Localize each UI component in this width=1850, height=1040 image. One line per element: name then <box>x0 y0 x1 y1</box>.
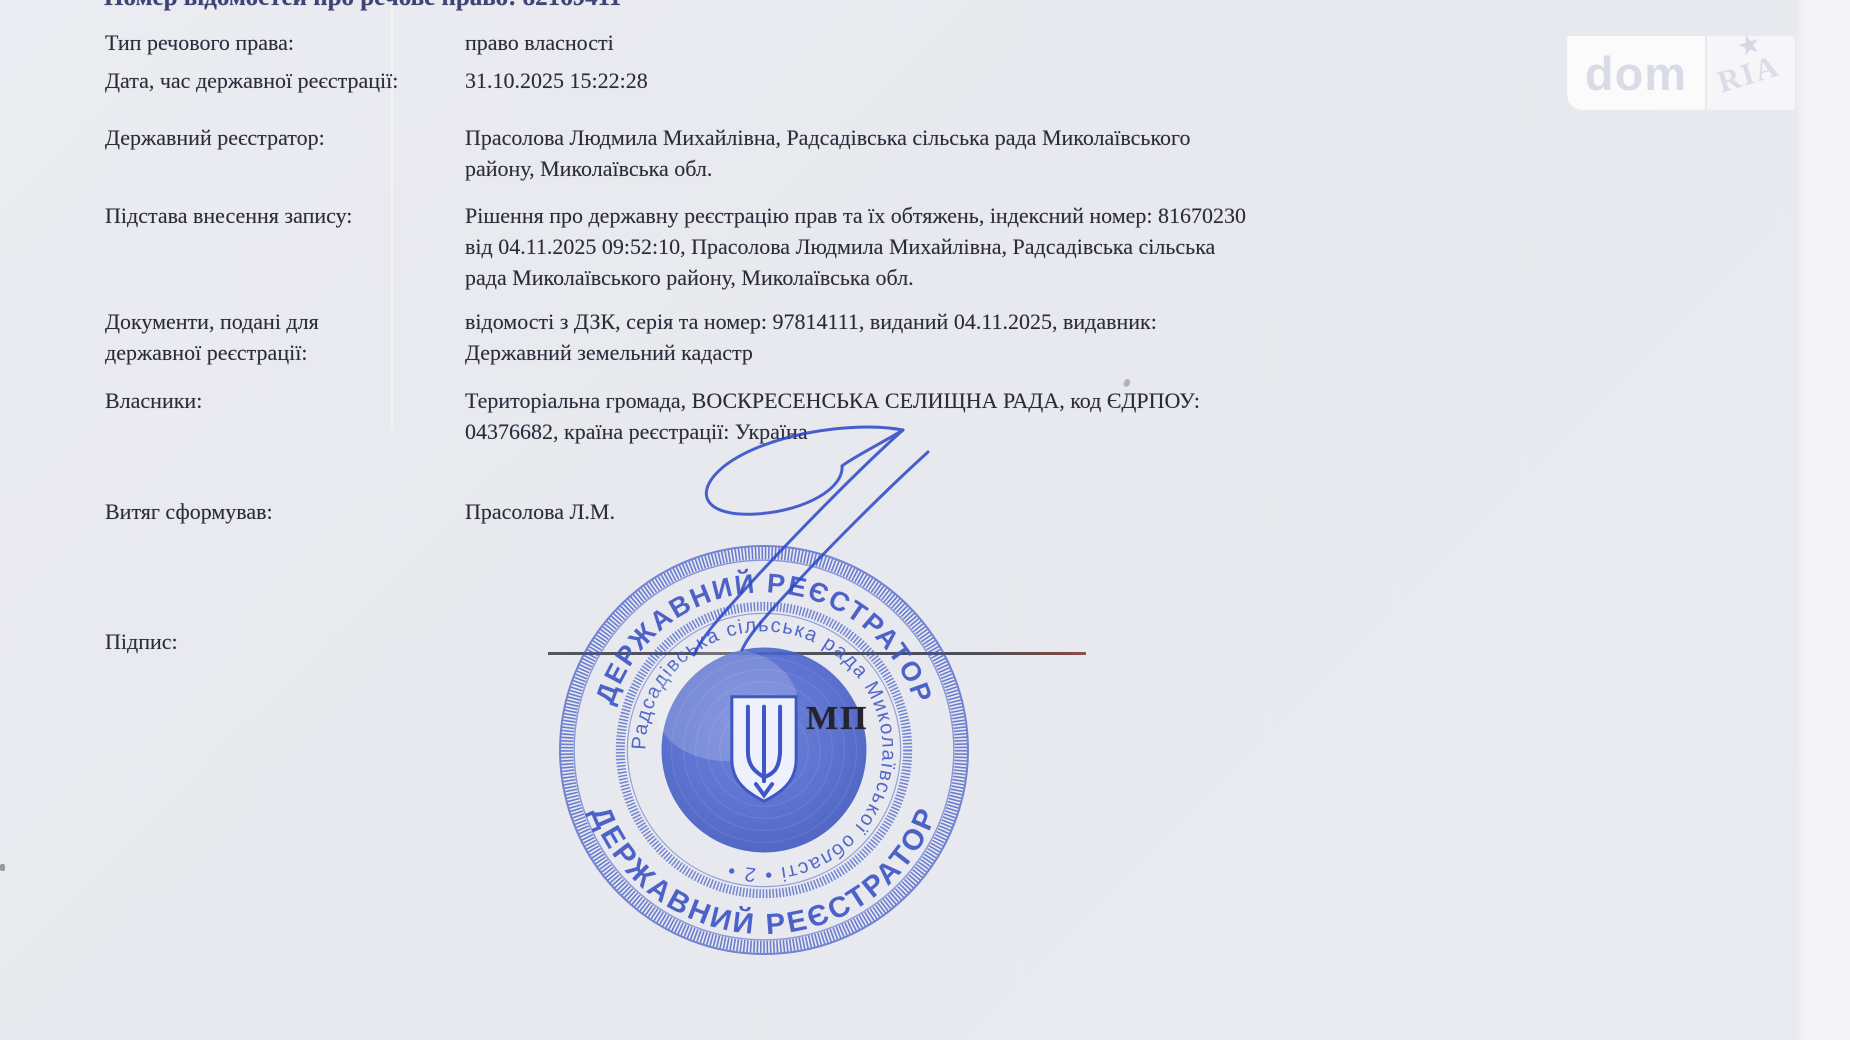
stamp-place-note: МП <box>806 700 869 738</box>
field-value: Рішення про державну реєстрацію прав та … <box>465 200 1246 293</box>
field-value: 31.10.2025 15:22:28 <box>465 65 648 96</box>
field-value: право власності <box>465 27 614 58</box>
watermark-ria-box: ★ RIA <box>1707 36 1795 110</box>
scanned-document-page: Номер відомостей про речове право: 82169… <box>0 0 1850 1040</box>
field-label: Власники: <box>105 385 202 416</box>
field-label: Державний реєстратор: <box>105 122 325 153</box>
scan-speck <box>0 864 5 871</box>
page-edge-strip <box>1795 0 1850 1040</box>
field-label: Тип речового права: <box>105 27 294 58</box>
trident-emblem-icon <box>732 697 796 801</box>
field-value: відомості з ДЗК, серія та номер: 9781411… <box>465 306 1157 368</box>
field-label: Підстава внесення запису: <box>105 200 352 231</box>
record-number-line: Номер відомостей про речове право: 82169… <box>104 0 621 12</box>
field-value: Територіальна громада, ВОСКРЕСЕНСЬКА СЕЛ… <box>465 385 1200 447</box>
field-value: Прасолова Людмила Михайлівна, Радсадівсь… <box>465 122 1191 184</box>
watermark-dom-text: dom <box>1585 50 1687 97</box>
field-label: Документи, подані для державної реєстрац… <box>105 306 319 368</box>
field-label: Витяг сформував: <box>105 496 273 527</box>
watermark-dom-box: dom <box>1567 36 1705 110</box>
watermark-ria-text: RIA <box>1714 49 1783 97</box>
field-value: Прасолова Л.М. <box>465 496 615 527</box>
stamp-graphic: ✱ ДЕРЖАВНИЙ РЕЄСТРАТОР ✱ ДЕРЖАВНИЙ РЕЄСТ… <box>550 536 978 964</box>
signature-label: Підпис: <box>105 626 178 657</box>
field-label: Дата, час державної реєстрації: <box>105 65 398 96</box>
registrar-round-stamp: ✱ ДЕРЖАВНИЙ РЕЄСТРАТОР ✱ ДЕРЖАВНИЙ РЕЄСТ… <box>550 536 978 964</box>
watermark-domria: dom ★ RIA <box>1567 36 1795 110</box>
